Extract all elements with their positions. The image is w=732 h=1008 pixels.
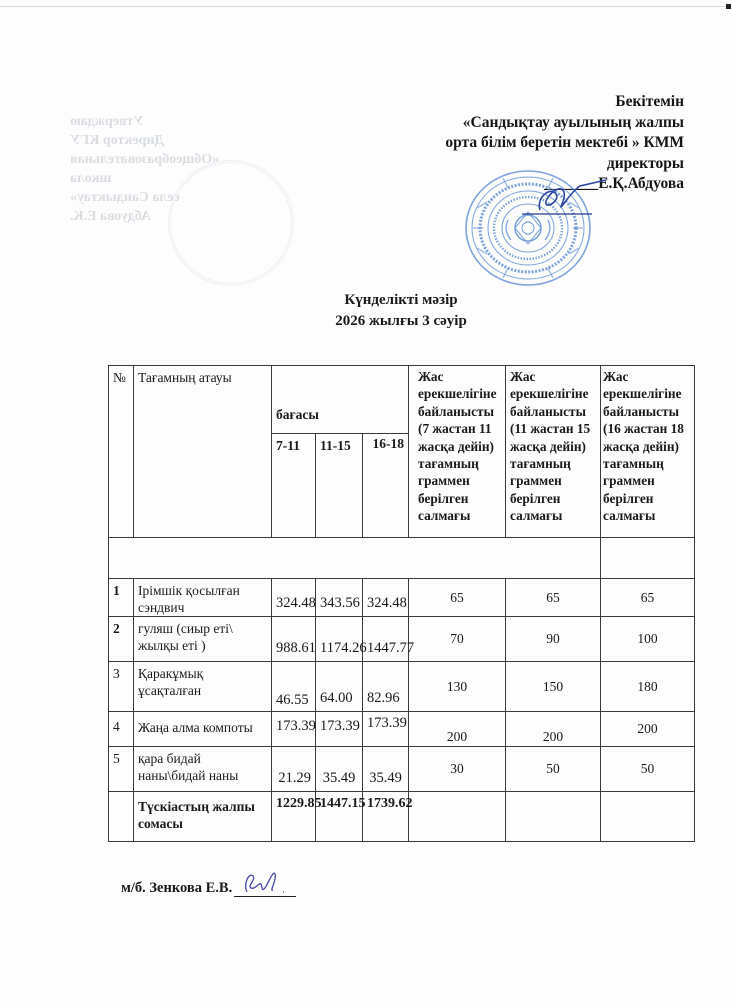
table-row: 3 Қаракұмық ұсақталған 46.55 64.00 82.96…	[109, 662, 695, 712]
row-dish-name: қара бидай наны\бидай наны	[134, 747, 272, 792]
total-empty-cell	[506, 792, 601, 842]
row-price-11-15: 64.00	[316, 662, 363, 712]
row-number: 4	[109, 712, 134, 747]
row-price-11-15: 173.39	[316, 712, 363, 747]
row-weight-11-15: 65	[506, 579, 601, 617]
row-price-7-11: 988.61	[272, 617, 316, 662]
header-weight-7-11: Жас ерекшелігіне байланысты (7 жастан 11…	[409, 366, 506, 538]
row-price-16-18: 173.39	[363, 712, 409, 747]
row-price-11-15: 343.56	[316, 579, 363, 617]
table-total-row: Түскіастың жалпы сомасы 1229.85 1447.15 …	[109, 792, 695, 842]
row-price-16-18: 324.48	[363, 579, 409, 617]
approval-line: орта білім беретін мектебі » КММ	[384, 133, 684, 154]
header-weight-16-18: Жас ерекшелігіне байланысты (16 жастан 1…	[601, 366, 695, 538]
row-number: 3	[109, 662, 134, 712]
table-spacer-row	[109, 538, 695, 579]
header-number: №	[109, 366, 134, 538]
header-age-16-18: 16-18	[363, 434, 409, 538]
total-label: Түскіастың жалпы сомасы	[134, 792, 272, 842]
row-dish-name: Қаракұмық ұсақталған	[134, 662, 272, 712]
approval-line: Бекітемін	[384, 92, 684, 113]
row-price-11-15: 1174.26	[316, 617, 363, 662]
row-weight-11-15: 150	[506, 662, 601, 712]
row-weight-7-11: 30	[409, 747, 506, 792]
spacer-cell	[601, 538, 695, 579]
row-weight-16-18: 65	[601, 579, 695, 617]
row-weight-11-15: 50	[506, 747, 601, 792]
row-number: 1	[109, 579, 134, 617]
row-weight-7-11: 70	[409, 617, 506, 662]
row-weight-16-18: 180	[601, 662, 695, 712]
row-price-16-18: 82.96	[363, 662, 409, 712]
total-empty-cell	[109, 792, 134, 842]
spacer-cell	[109, 538, 601, 579]
row-number: 2	[109, 617, 134, 662]
row-weight-7-11: 200	[409, 712, 506, 747]
total-empty-cell	[409, 792, 506, 842]
header-age-7-11: 7-11	[272, 434, 316, 538]
row-price-16-18: 35.49	[363, 747, 409, 792]
row-dish-name: Жаңа алма компоты	[134, 712, 272, 747]
row-price-7-11: 46.55	[272, 662, 316, 712]
row-weight-16-18: 100	[601, 617, 695, 662]
table-row: 4 Жаңа алма компоты 173.39 173.39 173.39…	[109, 712, 695, 747]
row-price-7-11: 324.48	[272, 579, 316, 617]
header-dish-name: Тағамның атауы	[134, 366, 272, 538]
total-price-16-18: 1739.62	[363, 792, 409, 842]
row-price-16-18: 1447.77	[363, 617, 409, 662]
document-title: Күнделікті мәзір	[35, 290, 732, 310]
total-price-11-15: 1447.15	[316, 792, 363, 842]
header-age-11-15: 11-15	[316, 434, 363, 538]
daily-menu-table: № Тағамның атауы бағасы Жас ерекшелігіне…	[108, 365, 695, 842]
header-weight-11-15: Жас ерекшелігіне байланысты (11 жастан 1…	[506, 366, 601, 538]
table-header-row: № Тағамның атауы бағасы Жас ерекшелігіне…	[109, 366, 695, 434]
total-empty-cell	[601, 792, 695, 842]
director-signature-icon	[520, 170, 610, 220]
row-price-7-11: 21.29	[272, 747, 316, 792]
table-row: 2 гуляш (сиыр еті\ жылқы еті ) 988.61 11…	[109, 617, 695, 662]
approval-line: «Сандықтау ауылының жалпы	[384, 113, 684, 134]
signature-line	[234, 882, 296, 897]
handwritten-signature-icon	[239, 868, 294, 898]
table-row: 5 қара бидай наны\бидай наны 21.29 35.49…	[109, 747, 695, 792]
footer-signature-label: м/б. Зенкова Е.В.	[121, 880, 232, 896]
row-weight-7-11: 65	[409, 579, 506, 617]
total-price-7-11: 1229.85	[272, 792, 316, 842]
row-dish-name: гуляш (сиыр еті\ жылқы еті )	[134, 617, 272, 662]
row-weight-11-15: 90	[506, 617, 601, 662]
row-weight-16-18: 50	[601, 747, 695, 792]
row-price-11-15: 35.49	[316, 747, 363, 792]
document-date: 2026 жылғы 3 сәуір	[35, 311, 732, 331]
row-weight-16-18: 200	[601, 712, 695, 747]
row-weight-7-11: 130	[409, 662, 506, 712]
row-number: 5	[109, 747, 134, 792]
row-dish-name: Ірімшік қосылған сэндвич	[134, 579, 272, 617]
row-price-7-11: 173.39	[272, 712, 316, 747]
scan-top-edge	[0, 6, 728, 7]
reverse-side-stamp-ghost	[168, 160, 294, 286]
table-row: 1 Ірімшік қосылған сэндвич 324.48 343.56…	[109, 579, 695, 617]
scan-corner-mark	[726, 4, 731, 9]
row-weight-11-15: 200	[506, 712, 601, 747]
header-price: бағасы	[272, 366, 409, 434]
footer-signature: м/б. Зенкова Е.В.	[121, 880, 296, 897]
